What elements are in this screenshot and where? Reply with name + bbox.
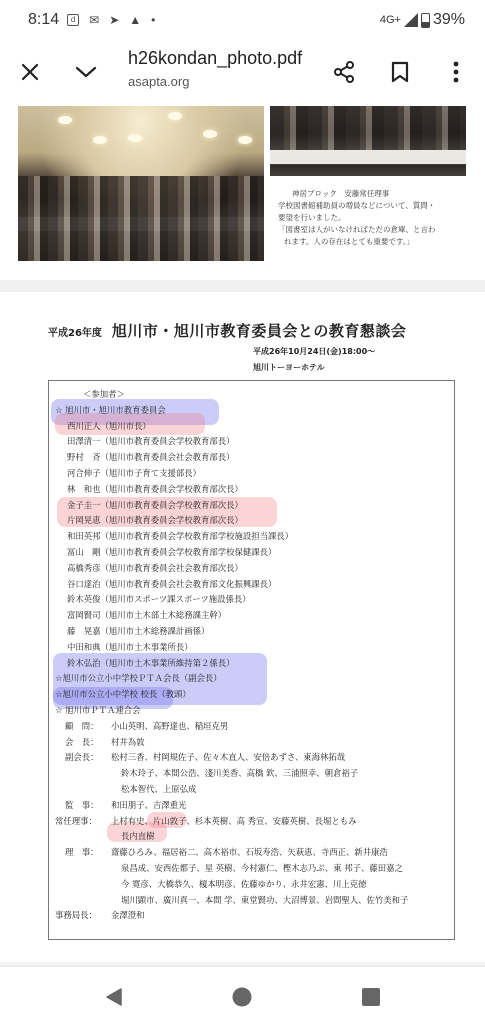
participant: 河合伸子（旭川市子育て支援部長） bbox=[55, 466, 450, 482]
role-label: 会 長： bbox=[55, 735, 111, 751]
custom-tab-toolbar: h26kondan_photo.pdf asapta.org bbox=[0, 40, 485, 102]
participant: 鈴木弘治（旭川市土木事業所維持第２係長） bbox=[55, 656, 450, 672]
role-names: 小山英明、高野達也、稲垣克男 bbox=[111, 719, 450, 735]
status-time: 8:14 bbox=[28, 11, 59, 29]
participant: 鈴木英俊（旭川市スポーツ課スポーツ施設係長） bbox=[55, 592, 450, 608]
participant: 片岡晃恵（旭川市教育委員会学校教育部次長） bbox=[55, 513, 450, 529]
role-label: 副会長： bbox=[55, 750, 111, 766]
document-title: h26kondan_photo.pdf bbox=[128, 48, 302, 69]
role-label: 理 事： bbox=[55, 845, 111, 861]
network-type: 4G+ bbox=[380, 14, 401, 26]
participant: 中田和典（旭川市土木事業所長） bbox=[55, 640, 450, 656]
role-secretary-general: 事務局長： 金澤澄和 bbox=[55, 908, 450, 924]
bookmark-button[interactable] bbox=[388, 60, 412, 84]
group-label: ☆旭川市公立小中学校 校長（教頭） bbox=[55, 687, 450, 703]
caption-line: 神居ブロック 安藤常任理事 bbox=[278, 188, 474, 200]
participants-box: ＜参加者＞ ☆ 旭川市・旭川市教育委員会 西川正人（旭川市長） 田澤清一（旭川市… bbox=[48, 380, 455, 940]
dot-icon: • bbox=[151, 13, 155, 27]
photo-caption: 神居ブロック 安藤常任理事 学校図書館補助員の増員などについて、質問・ 要望を行… bbox=[278, 188, 474, 248]
participant: 冨山 剛（旭川市教育委員会学校教育部学校保健課長） bbox=[55, 545, 450, 561]
participant: 金子圭一（旭川市教育委員会学校教育部次長） bbox=[55, 498, 450, 514]
participant: 林 和也（旭川市教育委員会学校教育部次長） bbox=[55, 482, 450, 498]
close-button[interactable] bbox=[18, 60, 42, 84]
role-names: 松本智代、上原弘成 bbox=[55, 782, 450, 798]
role-names: 松村三香、村岡規佐子、佐々木直人、安倍あずさ、東海林拓哉 bbox=[111, 750, 450, 766]
group-label: ☆ 旭川市・旭川市教育委員会 bbox=[55, 403, 450, 419]
participants-list: ＜参加者＞ ☆ 旭川市・旭川市教育委員会 西川正人（旭川市長） 田澤清一（旭川市… bbox=[55, 387, 450, 924]
role-label: 事務局長： bbox=[55, 908, 111, 924]
role-names: 今 寛彦、大橋恭久、榎本明彦、佐藤ゆかり、永井宏憲、川上克徳 bbox=[55, 877, 450, 893]
group-label: ☆ 旭川市ＰＴＡ連合会 bbox=[55, 703, 450, 719]
role-standing-director: 常任理事： 上村有史、片山敦子、杉本英樹、高 秀宣、安藤英樹、長堀ともみ bbox=[55, 814, 450, 830]
battery-percent: 39% bbox=[433, 11, 465, 29]
role-advisor: 顧 問： 小山英明、高野達也、稲垣克男 bbox=[55, 719, 450, 735]
caption-line: れます。人の存在はとても重要です。」 bbox=[278, 236, 474, 248]
document-heading: 平成26年度 旭川市・旭川市教育委員会との教育懇談会 bbox=[48, 320, 406, 341]
home-button[interactable] bbox=[232, 987, 252, 1007]
pdf-page-1: 神居ブロック 安藤常任理事 学校図書館補助員の増員などについて、質問・ 要望を行… bbox=[0, 102, 485, 280]
system-status: 4G+ 39% bbox=[380, 11, 465, 29]
back-triangle-icon bbox=[104, 987, 124, 1007]
chevron-down-icon bbox=[75, 65, 97, 79]
caption-line: 学校図書館補助員の増員などについて、質問・ bbox=[278, 200, 474, 212]
participant: 藤 晃嘉（旭川市土木総務課計画係） bbox=[55, 624, 450, 640]
role-auditor: 監 事： 和田朋子、吉澤重光 bbox=[55, 798, 450, 814]
warning-icon: ▲ bbox=[129, 13, 141, 27]
back-button[interactable] bbox=[104, 987, 124, 1007]
role-label: 常任理事： bbox=[55, 814, 111, 830]
role-names: 泉昌成、安西佐都子、星 英樹、今村憲仁、樫木志乃ぶ、東 邦子、藤田嘉之 bbox=[55, 861, 450, 877]
role-names: 和田朋子、吉澤重光 bbox=[111, 798, 450, 814]
pdf-viewport[interactable]: 神居ブロック 安藤常任理事 学校図書館補助員の増員などについて、質問・ 要望を行… bbox=[0, 102, 485, 966]
role-vice-president: 副会長： 松村三香、村岡規佐子、佐々木直人、安倍あずさ、東海林拓哉 bbox=[55, 750, 450, 766]
caption-line: 「図書室は人がいなければただの倉庫、と言わ bbox=[278, 224, 474, 236]
event-venue: 旭川トーヨーホテル bbox=[253, 360, 375, 376]
minimize-button[interactable] bbox=[74, 60, 98, 84]
caption-line: 要望を行いました。 bbox=[278, 212, 474, 224]
recents-square-icon bbox=[361, 987, 381, 1007]
participant: 富岡賢司（旭川市土木部土木総務課主幹） bbox=[55, 608, 450, 624]
document-domain: asapta.org bbox=[128, 74, 302, 89]
participants-label: ＜参加者＞ bbox=[55, 387, 450, 403]
pdf-page-2: 平成26年度 旭川市・旭川市教育委員会との教育懇談会 平成26年10月24日(金… bbox=[0, 292, 485, 962]
mail-icon: ✉ bbox=[89, 13, 99, 27]
role-names: 鈴木玲子、本間公浩、淺川美香、高橋 欽、三浦照幸、朝倉裕子 bbox=[55, 766, 450, 782]
participant: 西川正人（旭川市長） bbox=[55, 419, 450, 435]
title-block: h26kondan_photo.pdf asapta.org bbox=[128, 48, 302, 89]
participant: 谷口達治（旭川市教育委員会社会教育部文化振興課長） bbox=[55, 577, 450, 593]
more-options-button[interactable] bbox=[444, 60, 468, 84]
event-meta: 平成26年10月24日(金)18:00～ 旭川トーヨーホテル bbox=[253, 344, 375, 376]
role-names: 長内直樹 bbox=[55, 829, 450, 845]
d-app-icon: d bbox=[67, 14, 79, 26]
role-names: 齋藤ひろみ、福居裕二、高木裕市、石坂寿浩、矢萩恵、寺西正、新井康浩 bbox=[111, 845, 450, 861]
banquet-hall-photo bbox=[18, 106, 264, 261]
role-names: 堀川顕市、廣川真一、本間 学、東堂賢功、大沼博景、岩間聖人、佐竹美和子 bbox=[55, 893, 450, 909]
group-label: ☆旭川市公立小中学校ＰＴＡ会長（副会長） bbox=[55, 671, 450, 687]
attendees-photo bbox=[270, 106, 466, 176]
close-icon bbox=[21, 63, 39, 81]
participant: 高橋秀彦（旭川市教育委員会社会教育部次長） bbox=[55, 561, 450, 577]
role-president: 会 長： 村井為敦 bbox=[55, 735, 450, 751]
share-button[interactable] bbox=[332, 60, 356, 84]
share-icon bbox=[332, 60, 356, 84]
battery-icon bbox=[421, 13, 430, 28]
bookmark-icon bbox=[391, 61, 409, 83]
role-names: 金澤澄和 bbox=[111, 908, 450, 924]
role-names: 村井為敦 bbox=[111, 735, 450, 751]
role-label: 顧 問： bbox=[55, 719, 111, 735]
notification-icons: d ✉ ➤ ▲ • bbox=[67, 13, 155, 27]
participant: 和田英邦（旭川市教育委員会学校教育部学校施設担当課長） bbox=[55, 529, 450, 545]
event-date: 平成26年10月24日(金)18:00～ bbox=[253, 344, 375, 360]
role-names: 上村有史、片山敦子、杉本英樹、高 秀宣、安藤英樹、長堀ともみ bbox=[111, 814, 450, 830]
participant: 田澤清一（旭川市教育委員会学校教育部長） bbox=[55, 434, 450, 450]
heading-year: 平成26年度 bbox=[48, 324, 102, 339]
more-vert-icon bbox=[453, 61, 459, 83]
participant: 野村 斉（旭川市教育委員会社会教育部長） bbox=[55, 450, 450, 466]
telegram-icon: ➤ bbox=[109, 13, 119, 27]
role-director: 理 事： 齋藤ひろみ、福居裕二、高木裕市、石坂寿浩、矢萩恵、寺西正、新井康浩 bbox=[55, 845, 450, 861]
home-circle-icon bbox=[232, 987, 252, 1007]
status-bar: 8:14 d ✉ ➤ ▲ • 4G+ 39% bbox=[0, 0, 485, 40]
role-label: 監 事： bbox=[55, 798, 111, 814]
signal-icon bbox=[404, 13, 418, 27]
heading-title: 旭川市・旭川市教育委員会との教育懇談会 bbox=[112, 320, 407, 341]
recents-button[interactable] bbox=[361, 987, 381, 1007]
system-nav-bar bbox=[0, 966, 485, 1024]
